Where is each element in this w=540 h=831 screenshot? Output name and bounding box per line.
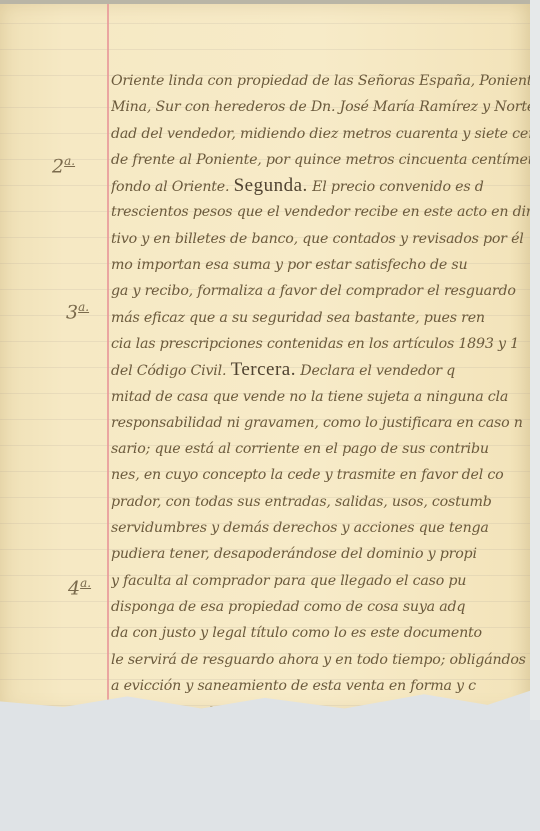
text-line: Mina, Sur con herederos de Dn. José Marí… <box>111 94 537 120</box>
text-line-clause-3: del Código Civil. Tercera. Declara el ve… <box>111 357 537 383</box>
text-line: servidumbres y demás derechos y acciones… <box>111 515 537 541</box>
handwritten-body: Oriente linda con propiedad de las Señor… <box>111 68 537 720</box>
text-line: mitad de casa que vende no la tiene suje… <box>111 384 537 410</box>
text-line-clause-4: forme a derecho. Cuarta. Ambos contratan… <box>111 699 537 720</box>
margin-number-digit: 3 <box>66 301 78 323</box>
text-line: Oriente linda con propiedad de las Señor… <box>111 68 537 94</box>
line-prefix: del Código Civil. <box>111 363 231 379</box>
text-line: le servirá de resguardo ahora y en todo … <box>111 647 537 673</box>
text-line: trescientos pesos que el vendedor recibe… <box>111 199 537 225</box>
text-line: ga y recibo, formaliza a favor del compr… <box>111 278 537 304</box>
margin-number-suffix: a. <box>78 300 89 314</box>
text-line: más eficaz que a su seguridad sea bastan… <box>111 305 537 331</box>
line-suffix: Ambos contratantes hace <box>293 705 476 720</box>
text-line: pudiera tener, desapoderándose del domin… <box>111 541 537 567</box>
margin-number-2: 2a. <box>52 154 75 177</box>
red-margin-line <box>107 4 109 712</box>
clause-heading-tercera: Tercera. <box>231 359 296 380</box>
text-line: a evicción y saneamiento de esta venta e… <box>111 673 537 699</box>
text-line: disponga de esa propiedad como de cosa s… <box>111 594 537 620</box>
margin-number-4: 4a. <box>68 576 91 599</box>
text-line: y faculta al comprador para que llegado … <box>111 568 537 594</box>
text-line: de frente al Poniente, por quince metros… <box>111 147 537 173</box>
text-line: da con justo y legal título como lo es e… <box>111 620 537 646</box>
text-line: cia las prescripciones contenidas en los… <box>111 331 537 357</box>
line-suffix: El precio convenido es d <box>308 179 484 195</box>
text-line: sario; que está al corriente en el pago … <box>111 436 537 462</box>
line-suffix: Declara el vendedor q <box>296 363 455 379</box>
document-page: 2a. 3a. 4a. Oriente linda con propiedad … <box>0 4 530 712</box>
text-line: nes, en cuyo concepto la cede y trasmite… <box>111 462 537 488</box>
margin-number-3: 3a. <box>66 300 89 323</box>
text-line: dad del vendedor, midiendo diez metros c… <box>111 121 537 147</box>
text-line: tivo y en billetes de banco, que contado… <box>111 226 537 252</box>
text-line-clause-2: fondo al Oriente. Segunda. El precio con… <box>111 173 537 199</box>
clause-heading-segunda: Segunda. <box>234 175 308 196</box>
margin-number-suffix: a. <box>80 576 91 590</box>
scan-right-edge <box>530 0 540 720</box>
margin-number-suffix: a. <box>64 154 75 168</box>
text-line: responsabilidad ni gravamen, como lo jus… <box>111 410 537 436</box>
text-line: prador, con todas sus entradas, salidas,… <box>111 489 537 515</box>
line-prefix: forme a derecho. <box>111 705 235 720</box>
margin-number-digit: 2 <box>52 155 64 177</box>
text-line: mo importan esa suma y por estar satisfe… <box>111 252 537 278</box>
line-prefix: fondo al Oriente. <box>111 179 234 195</box>
margin-number-digit: 4 <box>68 577 80 599</box>
clause-heading-cuarta: Cuarta. <box>235 701 294 720</box>
